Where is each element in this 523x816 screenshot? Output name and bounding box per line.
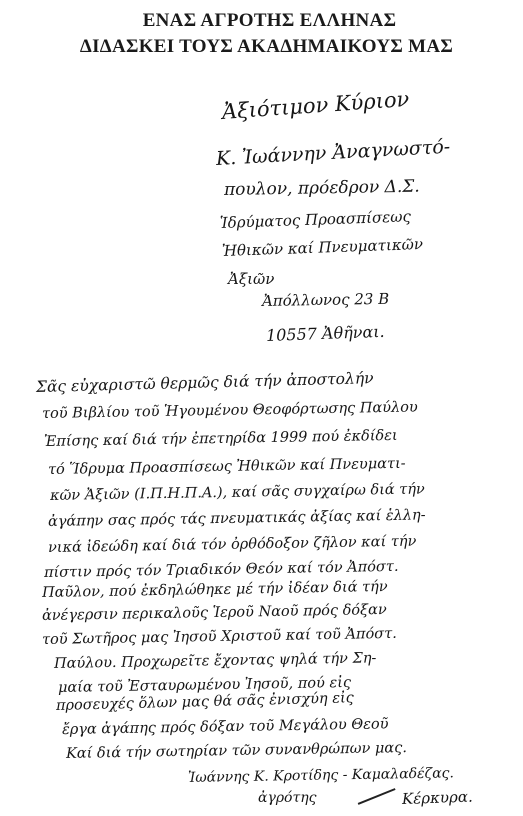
headline-line-2: ΔΙΔΑΣΚΕΙ ΤΟΥΣ ΑΚΑΔΗΜΑΙΚΟΥΣ ΜΑΣ: [5, 36, 523, 58]
signature-role: ἀγρότης: [258, 790, 316, 806]
body-line: νικά ἰδεώδη καί διά τόν ὀρθόδοξον ζῆλον …: [48, 534, 417, 556]
address-line: 10557 Ἀθῆναι.: [266, 322, 385, 345]
salutation: Ἀξιότιμον Κύριον: [221, 87, 410, 124]
body-line: ἀγάπην σας πρός τάς πνευματικάς ἀξίας κα…: [48, 507, 426, 530]
address-line: Κ. Ἰωάννην Ἀναγνωστό-: [215, 136, 450, 170]
body-line: Παῦλον, πού ἐκδηλώθηκε μέ τήν ἰδέαν διά …: [42, 579, 388, 601]
address-line: πουλον, πρόεδρον Δ.Σ.: [224, 177, 420, 200]
address-line: Ἠθικῶν καί Πνευματικῶν: [222, 235, 424, 260]
scanned-letter-page: ΕΝΑΣ ΑΓΡΟΤΗΣ ΕΛΛΗΝΑΣ ΔΙΔΑΣΚΕΙ ΤΟΥΣ ΑΚΑΔΗ…: [0, 0, 523, 816]
signature-place: Κέρκυρα.: [402, 788, 473, 808]
body-line: Σᾶς εὐχαριστῶ θερμῶς διά τήν ἀποστολήν: [36, 369, 374, 396]
signature-name: Ἰωάννης Κ. Κροτίδης - Καμαλαδέζας.: [188, 765, 454, 786]
body-line: Παύλου. Προχωρεῖτε ἔχοντας ψηλά τήν Ση-: [54, 650, 377, 672]
body-line: τό Ἵδρυμα Προασπίσεως Ἠθικῶν καί Πνευματ…: [48, 456, 406, 478]
body-line: ἔργα ἀγάπης πρός δόξαν τοῦ Μεγάλου Θεοῦ: [62, 716, 389, 738]
signature-flourish: [358, 788, 396, 804]
headline-line-1: ΕΝΑΣ ΑΓΡΟΤΗΣ ΕΛΛΗΝΑΣ: [8, 10, 523, 32]
body-line: Καί διά τήν σωτηρίαν τῶν συνανθρώπων μας…: [66, 740, 407, 762]
body-line: Ἐπίσης καί διά τήν ἐπετηρίδα 1999 πού ἐκ…: [44, 428, 398, 450]
address-line: Ἀξιῶν: [228, 270, 274, 288]
address-line: Ἀπόλλωνος 23 Β: [262, 290, 389, 310]
body-line: ἀνέγερσιν περικαλοῦς Ἱεροῦ Ναοῦ πρός δόξ…: [42, 602, 387, 624]
body-line: τοῦ Βιβλίου τοῦ Ἡγουμένου Θεοφόρτωσης Πα…: [42, 399, 418, 422]
body-line: πίστιν πρός τόν Τριαδικόν Θεόν καί τόν Ἀ…: [44, 559, 399, 581]
address-line: Ἱδρύματος Προασπίσεως: [220, 207, 412, 232]
body-line: κῶν Ἀξιῶν (Ι.Π.Η.Π.Α.), καί σᾶς συγχαίρω…: [50, 481, 425, 504]
body-line: τοῦ Σωτῆρος μας Ἰησοῦ Χριστοῦ καί τοῦ Ἀπ…: [42, 626, 397, 648]
